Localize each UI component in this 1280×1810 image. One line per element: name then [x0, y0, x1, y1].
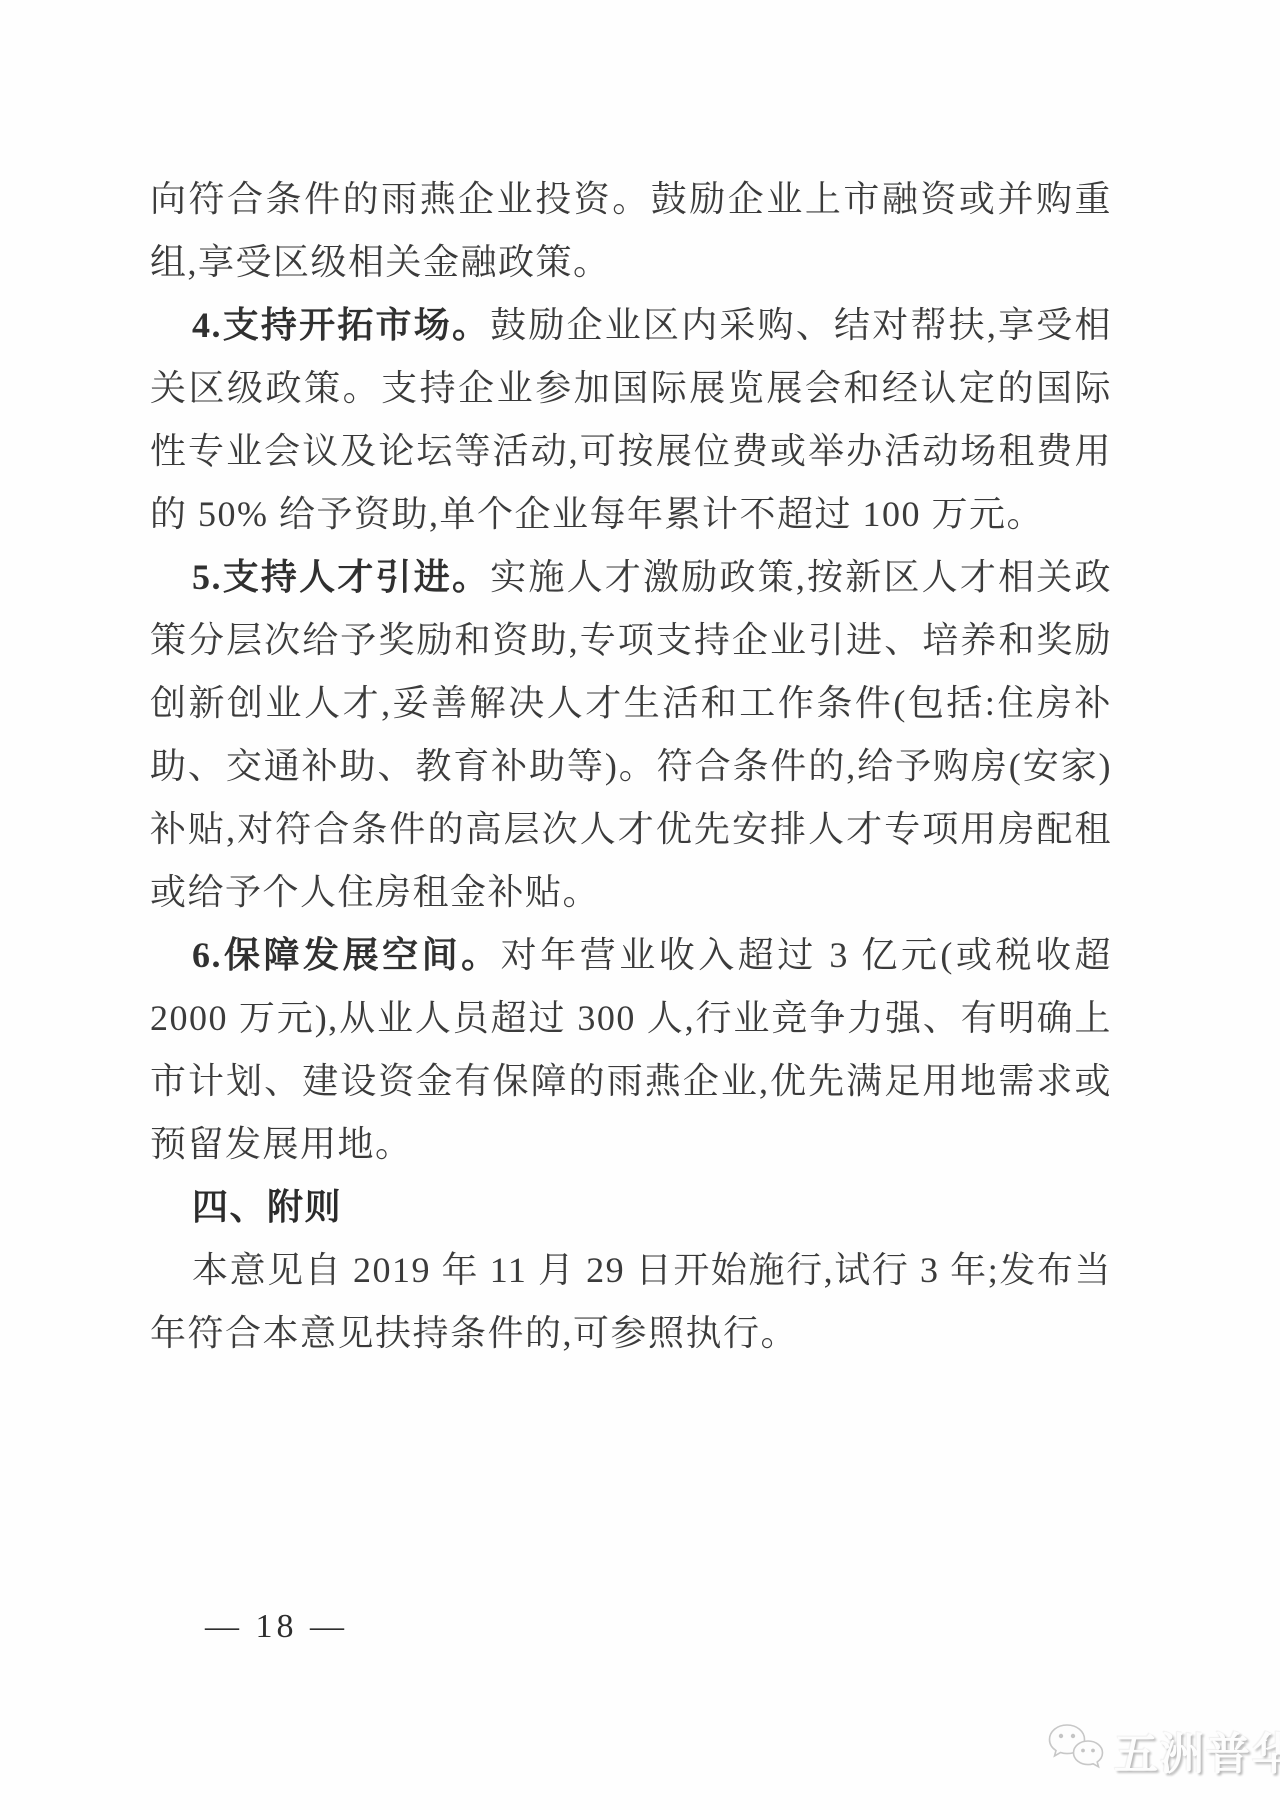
- paragraph-lead-bold: 4.支持开拓市场。: [192, 305, 490, 345]
- document-body: 向符合条件的雨燕企业投资。鼓励企业上市融资或并购重组,享受区级相关金融政策。 4…: [150, 168, 1112, 1365]
- brand-watermark: 五洲普华: [1046, 1718, 1280, 1782]
- paragraph-continued: 向符合条件的雨燕企业投资。鼓励企业上市融资或并购重组,享受区级相关金融政策。: [150, 168, 1112, 294]
- paragraph-text: 向符合条件的雨燕企业投资。鼓励企业上市融资或并购重组,享受区级相关金融政策。: [150, 179, 1112, 282]
- paragraph-lead-bold: 5.支持人才引进。: [192, 557, 490, 597]
- document-page: 向符合条件的雨燕企业投资。鼓励企业上市融资或并购重组,享受区级相关金融政策。 4…: [0, 0, 1280, 1810]
- paragraph-text: 本意见自 2019 年 11 月 29 日开始施行,试行 3 年;发布当年符合本…: [150, 1250, 1112, 1353]
- page-number: — 18 —: [205, 1608, 348, 1646]
- section-heading: 四、附则: [150, 1176, 1112, 1239]
- paragraph-item-6: 6.保障发展空间。对年营业收入超过 3 亿元(或税收超 2000 万元),从业人…: [150, 924, 1112, 1176]
- wechat-chat-bubbles-icon: [1046, 1721, 1106, 1780]
- brand-name: 五洲普华: [1114, 1718, 1280, 1782]
- paragraph-closing: 本意见自 2019 年 11 月 29 日开始施行,试行 3 年;发布当年符合本…: [150, 1239, 1112, 1365]
- paragraph-text: 实施人才激励政策,按新区人才相关政策分层次给予奖励和资助,专项支持企业引进、培养…: [150, 557, 1112, 912]
- paragraph-item-4: 4.支持开拓市场。鼓励企业区内采购、结对帮扶,享受相关区级政策。支持企业参加国际…: [150, 294, 1112, 546]
- paragraph-item-5: 5.支持人才引进。实施人才激励政策,按新区人才相关政策分层次给予奖励和资助,专项…: [150, 546, 1112, 924]
- section-heading-text: 四、附则: [192, 1187, 342, 1227]
- paragraph-lead-bold: 6.保障发展空间。: [192, 935, 501, 975]
